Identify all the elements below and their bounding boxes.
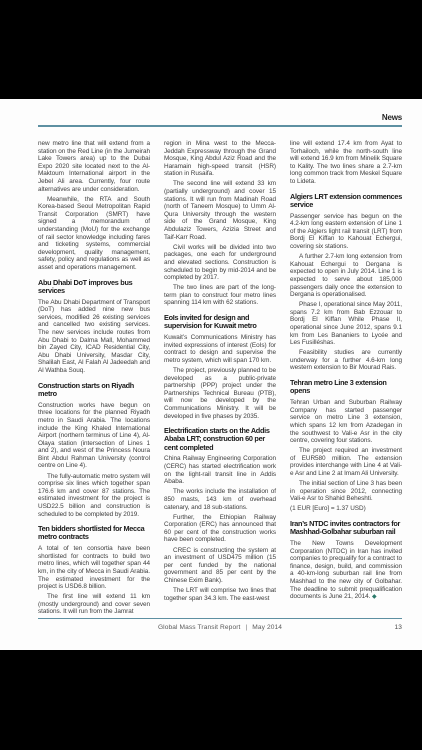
page-number: 13 bbox=[394, 624, 402, 631]
article-heading: Iran’s NTDC invites contractors for Mash… bbox=[290, 520, 402, 537]
article-paragraph: Kuwait’s Communications Ministry has inv… bbox=[164, 334, 276, 364]
magazine-page: News new metro line that will extend fro… bbox=[0, 99, 422, 650]
article-paragraph: The LRT will comprise two lines that tog… bbox=[164, 587, 276, 602]
header-rule bbox=[38, 125, 402, 127]
article-paragraph: new metro line that will extend from a s… bbox=[38, 140, 150, 193]
article-paragraph: region in Mina west to the Mecca-Jeddah … bbox=[164, 140, 276, 178]
article-paragraph: The two lines are part of the long-term … bbox=[164, 284, 276, 307]
article-paragraph: line will extend 17.4 km from Ayat to To… bbox=[290, 140, 402, 186]
article-paragraph: The project required an investment of EU… bbox=[290, 447, 402, 477]
article-column-1: new metro line that will extend from a s… bbox=[38, 140, 150, 616]
article-paragraph: The New Towns Development Corporation (N… bbox=[290, 540, 402, 602]
article-paragraph: A further 2.7-km long extension from Kah… bbox=[290, 253, 402, 299]
article-heading: Ten bidders shortlisted for Mecca metro … bbox=[38, 525, 150, 542]
article-paragraph: A total of ten consortia have been short… bbox=[38, 545, 150, 591]
article-heading: EoIs invited for design and supervision … bbox=[164, 314, 276, 331]
article-paragraph: Feasibility studies are currently underw… bbox=[290, 349, 402, 372]
article-paragraph: Further, the Ethiopian Railway Corporati… bbox=[164, 514, 276, 544]
article-paragraph: The initial section of Line 3 has been i… bbox=[290, 480, 402, 503]
footer-separator: | bbox=[245, 624, 247, 631]
article-heading: Construction starts on Riyadh metro bbox=[38, 382, 150, 399]
article-paragraph: Phase I, operational since May 2011, spa… bbox=[290, 301, 402, 347]
article-paragraph: The project, previously planned to be de… bbox=[164, 367, 276, 420]
article-paragraph: The first line will extend 11 km (mostly… bbox=[38, 593, 150, 616]
article-heading: Algiers LRT extension commences service bbox=[290, 193, 402, 210]
article-paragraph: Passenger service has begun on the 4.2-k… bbox=[290, 213, 402, 251]
article-columns: new metro line that will extend from a s… bbox=[38, 140, 402, 616]
footer-row: Global Mass Transit Report|May 2014 13 bbox=[38, 624, 402, 631]
article-paragraph: (1 EUR [Euro] = 1.37 USD) bbox=[290, 505, 402, 513]
article-heading: Tehran metro Line 3 extension opens bbox=[290, 379, 402, 396]
article-heading: Abu Dhabi DoT improves bus services bbox=[38, 279, 150, 296]
article-paragraph: CREC is constructing the system at an in… bbox=[164, 547, 276, 585]
article-paragraph: The fully-automatic metro system will co… bbox=[38, 473, 150, 519]
page-footer: Global Mass Transit Report|May 2014 13 bbox=[38, 618, 402, 631]
article-end-diamond-icon: ◆ bbox=[370, 594, 376, 600]
section-label: News bbox=[382, 113, 402, 122]
article-paragraph: China Railway Engineering Corporation (C… bbox=[164, 455, 276, 485]
viewer-background: { "header": { "section_label": "News" },… bbox=[0, 0, 422, 750]
page-header: News bbox=[38, 113, 402, 122]
article-paragraph: Meanwhile, the RTA and South Korea-based… bbox=[38, 196, 150, 272]
article-paragraph: The Abu Dhabi Department of Transport (D… bbox=[38, 299, 150, 375]
article-column-3: line will extend 17.4 km from Ayat to To… bbox=[290, 140, 402, 616]
article-paragraph: Construction works have begun on three l… bbox=[38, 402, 150, 470]
article-paragraph: The second line will extend 33 km (parti… bbox=[164, 180, 276, 241]
page-content-area: News new metro line that will extend fro… bbox=[0, 99, 422, 650]
article-paragraph: The works include the installation of 85… bbox=[164, 488, 276, 511]
article-heading: Electrification starts on the Addis Abab… bbox=[164, 427, 276, 452]
article-column-2: region in Mina west to the Mecca-Jeddah … bbox=[164, 140, 276, 616]
footer-publication-name: Global Mass Transit Report bbox=[158, 624, 241, 631]
article-paragraph: Civil works will be divided into two pac… bbox=[164, 244, 276, 282]
article-paragraph: Tehran Urban and Suburban Railway Compan… bbox=[290, 399, 402, 445]
footer-issue-date: May 2014 bbox=[252, 624, 282, 631]
